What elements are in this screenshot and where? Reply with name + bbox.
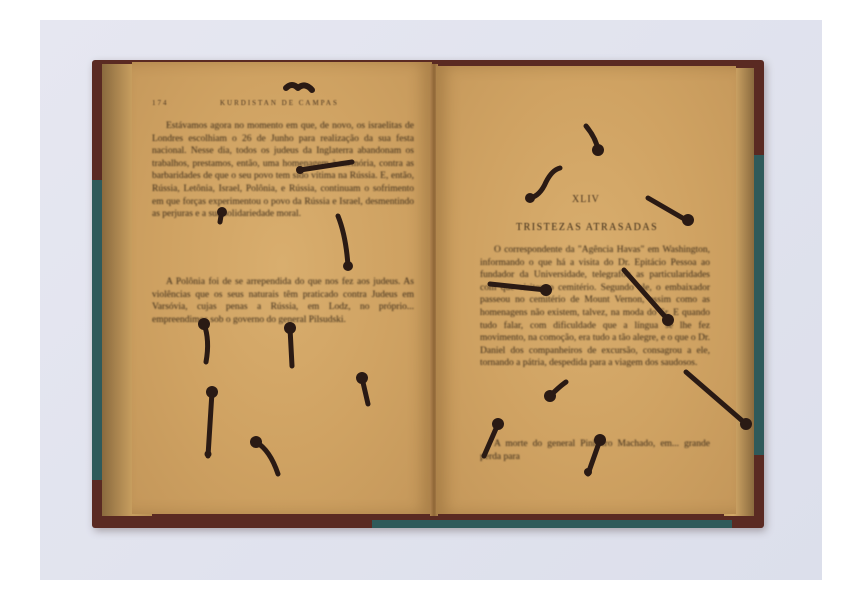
right-page: XLIV TRISTEZAS ATRASADAS O correspondent… (436, 66, 736, 514)
left-page-text-1: Estávamos agora no momento em que, de no… (152, 120, 414, 260)
paragraph: Estávamos agora no momento em que, de no… (152, 120, 414, 221)
open-book: 174 KURDISTAN DE CAMPAS Estávamos agora … (92, 60, 764, 528)
right-page-text-2: A morte do general Pinheiro Machado, em.… (480, 438, 710, 464)
paragraph: A morte do general Pinheiro Machado, em.… (480, 438, 710, 463)
chapter-title: TRISTEZAS ATRASADAS (516, 222, 658, 233)
running-head: KURDISTAN DE CAMPAS (220, 99, 339, 107)
cover-accent-bottom (372, 520, 732, 528)
chapter-number: XLIV (572, 194, 600, 205)
left-page: 174 KURDISTAN DE CAMPAS Estávamos agora … (132, 62, 432, 514)
right-page-text-1: O correspondente da "Agência Havas" em W… (480, 244, 710, 434)
page-number: 174 (152, 99, 169, 107)
paragraph: A Polônia foi de se arrependida do que n… (152, 276, 414, 326)
paragraph: O correspondente da "Agência Havas" em W… (480, 244, 710, 370)
left-page-text-2: A Polônia foi de se arrependida do que n… (152, 276, 414, 354)
